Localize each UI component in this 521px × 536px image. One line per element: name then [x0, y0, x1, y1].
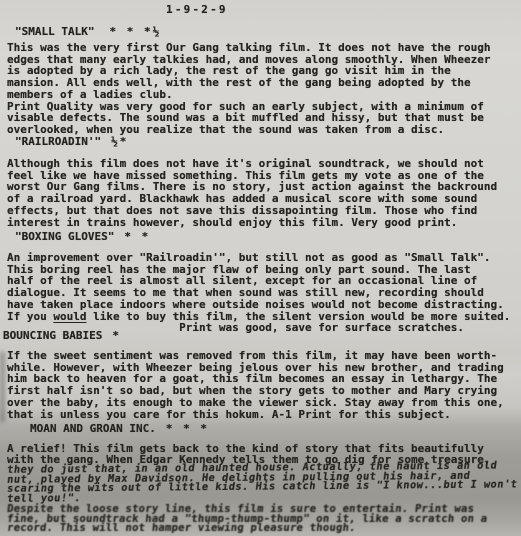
- review-section: "SMALL TALK"* * *½This was the very firs…: [0, 26, 521, 136]
- scan-edge-artifact: [0, 352, 5, 422]
- star-rating: *: [112, 329, 121, 342]
- review-body: This was the very first Our Gang talking…: [0, 42, 521, 136]
- document-page: 1-9-2-9 "SMALL TALK"* * *½This was the v…: [0, 0, 521, 536]
- review-line: An improvement over "Railroadin'", but s…: [0, 252, 521, 264]
- review-body: If the sweet sentiment was removed from …: [0, 350, 521, 420]
- review-line: that is unless you care for this hokum. …: [0, 409, 521, 421]
- review-body: A relief! This film gets back to the kin…: [0, 443, 521, 534]
- star-rating: ½*: [111, 135, 128, 148]
- review-line: record. This will not hamper viewing ple…: [0, 524, 521, 534]
- review-line: members of a ladies club.: [0, 89, 521, 101]
- review-section: MOAN AND GROAN INC.* * *A relief! This f…: [0, 423, 521, 534]
- review-line: overlooked, when you realize that the so…: [0, 124, 521, 136]
- review-title-row: "RAILROADIN'"½*: [0, 136, 521, 149]
- film-title: MOAN AND GROAN INC.: [30, 422, 156, 435]
- star-rating: * * *: [166, 422, 209, 435]
- review-line: This was the very first Our Gang talking…: [0, 42, 521, 54]
- film-title: "SMALL TALK": [15, 25, 94, 38]
- review-section: BOUNCING BABIES*If the sweet sentiment w…: [0, 330, 521, 420]
- review-title-row: BOUNCING BABIES*: [0, 330, 521, 343]
- review-section: "BOXING GLOVES"* *An improvement over "R…: [0, 231, 521, 334]
- film-title: "BOXING GLOVES": [15, 230, 114, 243]
- review-line: effects, but that does not save this dis…: [0, 205, 521, 217]
- film-reviews: "SMALL TALK"* * *½This was the very firs…: [0, 0, 521, 536]
- film-title: BOUNCING BABIES: [3, 329, 102, 342]
- review-line: If the sweet sentiment was removed from …: [0, 350, 521, 362]
- review-line: interest in trains however, should enjoy…: [0, 217, 521, 229]
- review-title-row: "SMALL TALK"* * *½: [0, 26, 521, 39]
- review-body: An improvement over "Railroadin'", but s…: [0, 252, 521, 334]
- review-line: Although this film does not have it's or…: [0, 158, 521, 170]
- review-body: Although this film does not have it's or…: [0, 158, 521, 228]
- review-line: over the baby, its enough to make the vi…: [0, 397, 521, 409]
- star-rating: * *: [124, 230, 150, 243]
- star-rating: * * *½: [109, 25, 161, 38]
- review-section: "RAILROADIN'"½*Although this film does n…: [0, 136, 521, 228]
- review-title-row: "BOXING GLOVES"* *: [0, 231, 521, 244]
- film-title: "RAILROADIN'": [15, 135, 101, 148]
- review-title-row: MOAN AND GROAN INC.* * *: [0, 423, 521, 436]
